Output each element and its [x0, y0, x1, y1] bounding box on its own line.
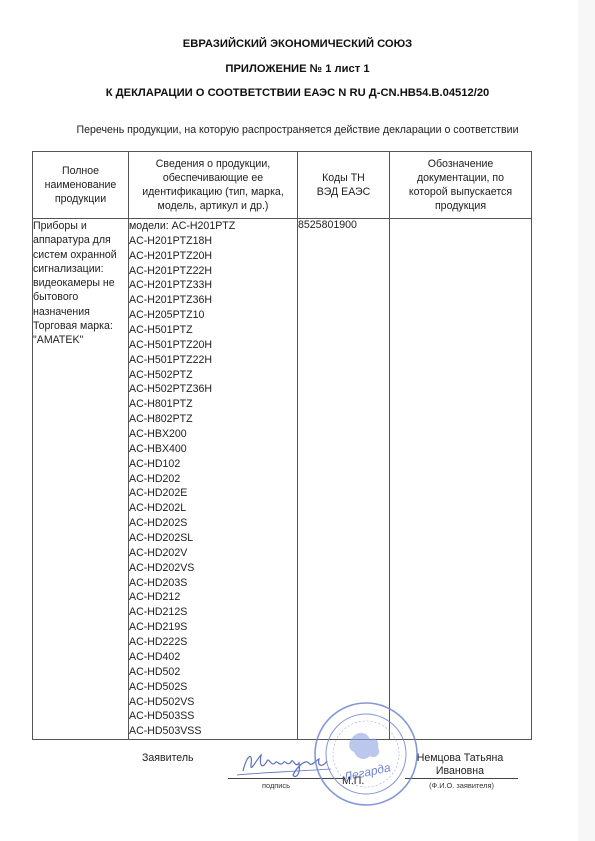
model-item: AC-HD202L [129, 501, 297, 516]
model-item: AC-HD222S [129, 635, 297, 650]
models-cell: модели: AC-H201PTZAC-H201PTZ18HAC-H201PT… [129, 219, 298, 740]
table-header-row: Полное наименование продукции Сведения о… [33, 152, 532, 219]
model-item: AC-H501PTZ22H [129, 353, 297, 368]
stamp-icon: Легарда [312, 700, 420, 808]
model-item: AC-H502PTZ [129, 368, 297, 383]
model-item: AC-H502PTZ36H [129, 382, 297, 397]
model-item: AC-H201PTZ22H [129, 264, 297, 279]
hs-code: 8525801900 [298, 219, 390, 740]
documentation-cell [390, 219, 532, 740]
column-header-name: Полное наименование продукции [33, 152, 129, 219]
column-header-docs: Обозначение документации, по которой вып… [390, 152, 532, 219]
column-header-info: Сведения о продукции, обеспечивающие ее … [129, 152, 298, 219]
model-item: AC-H802PTZ [129, 412, 297, 427]
model-item: AC-H201PTZ33H [129, 278, 297, 293]
model-item: AC-HD219S [129, 620, 297, 635]
name-caption: (Ф.И.О. заявителя) [405, 781, 518, 790]
model-item: AC-H801PTZ [129, 397, 297, 412]
model-item: AC-HD202SL [129, 531, 297, 546]
model-item: AC-HD502 [129, 665, 297, 680]
appendix-title: ПРИЛОЖЕНИЕ № 1 лист 1 [0, 63, 595, 75]
model-item: AC-H201PTZ36H [129, 293, 297, 308]
column-header-code: Коды ТН ВЭД ЕАЭС [298, 152, 390, 219]
model-item: AC-HBX400 [129, 442, 297, 457]
model-item: AC-HD503SS [129, 709, 297, 724]
model-item: AC-HD202VS [129, 561, 297, 576]
intro-text: Перечень продукции, на которую распростр… [0, 124, 595, 136]
model-item: AC-HD202V [129, 546, 297, 561]
models-list: модели: AC-H201PTZAC-H201PTZ18HAC-H201PT… [129, 219, 297, 739]
model-item: AC-HD212S [129, 605, 297, 620]
model-item: AC-H205PTZ10 [129, 308, 297, 323]
union-title: ЕВРАЗИЙСКИЙ ЭКОНОМИЧЕСКИЙ СОЮЗ [0, 38, 595, 50]
svg-text:Легарда: Легарда [342, 760, 393, 784]
product-name: Приборы и аппаратура для систем охранной… [33, 219, 129, 740]
model-item: AC-H201PTZ18H [129, 234, 297, 249]
model-item: модели: AC-H201PTZ [129, 219, 297, 234]
model-item: AC-HD212 [129, 590, 297, 605]
model-item: AC-H201PTZ20H [129, 249, 297, 264]
model-item: AC-HD202S [129, 516, 297, 531]
model-item: AC-HBX200 [129, 427, 297, 442]
model-item: AC-HD203S [129, 576, 297, 591]
model-item: AC-HD502VS [129, 695, 297, 710]
name-line [405, 778, 518, 779]
declaration-title: К ДЕКЛАРАЦИИ О СООТВЕТСТВИИ ЕАЭС N RU Д-… [0, 87, 595, 99]
model-item: AC-HD202E [129, 486, 297, 501]
model-item: AC-HD402 [129, 650, 297, 665]
table-row: Приборы и аппаратура для систем охранной… [33, 219, 532, 740]
model-item: AC-HD102 [129, 457, 297, 472]
model-item: AC-HD202 [129, 472, 297, 487]
model-item: AC-H501PTZ [129, 323, 297, 338]
model-item: AC-H501PTZ20H [129, 338, 297, 353]
product-table: Полное наименование продукции Сведения о… [32, 151, 532, 740]
model-item: AC-HD503VSS [129, 724, 297, 739]
model-item: AC-HD502S [129, 680, 297, 695]
applicant-label: Заявитель [142, 752, 194, 764]
signature-caption: подпись [262, 781, 290, 790]
